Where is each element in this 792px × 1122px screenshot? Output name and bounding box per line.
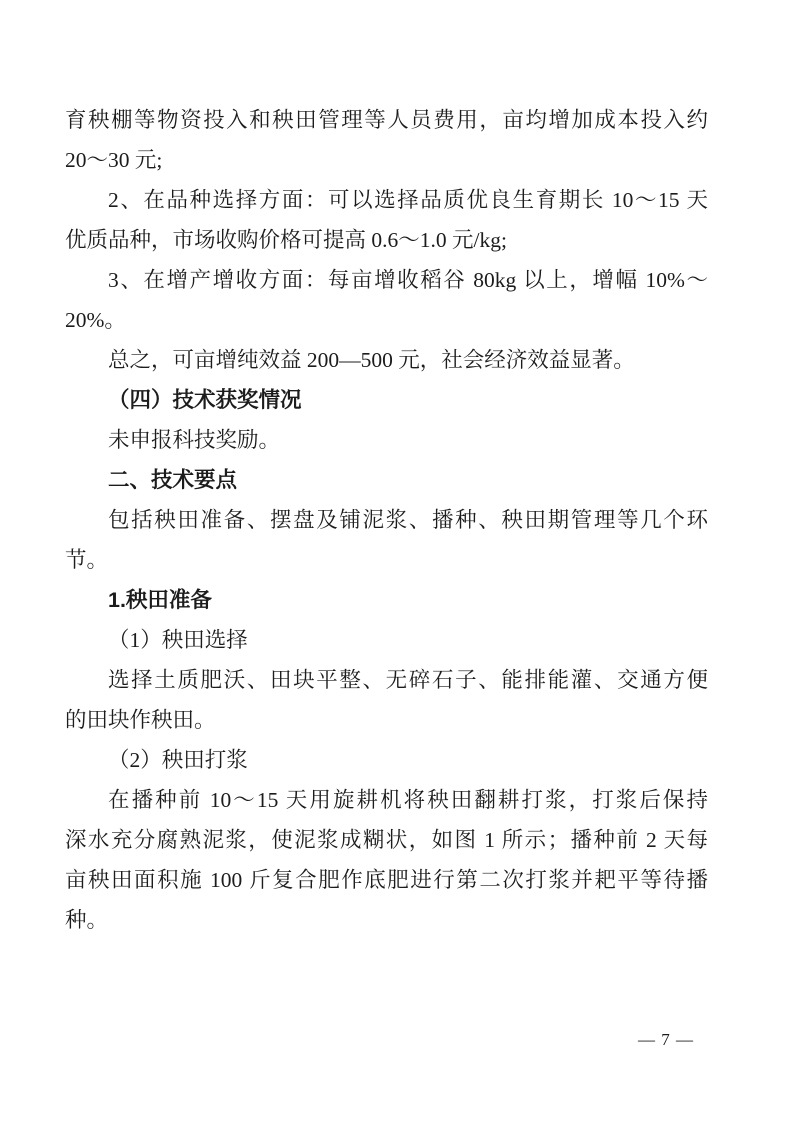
text-line: 3、在增产增收方面：每亩增收稻谷 80kg 以上，增幅 10%～ <box>65 260 708 300</box>
text-line: 2、在品种选择方面：可以选择品质优良生育期长 10～15 天 <box>65 180 708 220</box>
text-line: 节。 <box>65 540 708 580</box>
text-line: 亩秧田面积施 100 斤复合肥作底肥进行第二次打浆并耙平等待播 <box>65 860 708 900</box>
text-line: 未申报科技奖励。 <box>65 420 708 460</box>
text-line: 在播种前 10～15 天用旋耕机将秧田翻耕打浆，打浆后保持 <box>65 780 708 820</box>
text-line: 20～30 元; <box>65 140 708 180</box>
text-line: 种。 <box>65 900 708 940</box>
document-content: 育秧棚等物资投入和秧田管理等人员费用，亩均增加成本投入约 20～30 元; 2、… <box>65 100 708 940</box>
text-line: 优质品种，市场收购价格可提高 0.6～1.0 元/kg; <box>65 220 708 260</box>
text-line: 包括秧田准备、摆盘及铺泥浆、播种、秧田期管理等几个环 <box>65 500 708 540</box>
text-line: 20%。 <box>65 300 708 340</box>
document-page: 育秧棚等物资投入和秧田管理等人员费用，亩均增加成本投入约 20～30 元; 2、… <box>0 0 792 1122</box>
heading-technical-awards: （四）技术获奖情况 <box>65 380 708 420</box>
text-line: 深水充分腐熟泥浆，使泥浆成糊状，如图 1 所示；播种前 2 天每 <box>65 820 708 860</box>
subheading-seedbed-selection: （1）秧田选择 <box>65 620 708 660</box>
heading-seedbed-preparation: 1.秧田准备 <box>65 580 708 620</box>
text-line: 选择土质肥沃、田块平整、无碎石子、能排能灌、交通方便 <box>65 660 708 700</box>
heading-technical-points: 二、技术要点 <box>65 460 708 500</box>
subheading-seedbed-puddling: （2）秧田打浆 <box>65 740 708 780</box>
text-line: 育秧棚等物资投入和秧田管理等人员费用，亩均增加成本投入约 <box>65 100 708 140</box>
text-line: 的田块作秧田。 <box>65 700 708 740</box>
text-line: 总之，可亩增纯效益 200—500 元，社会经济效益显著。 <box>65 340 708 380</box>
page-number: — 7 — <box>638 1030 694 1050</box>
